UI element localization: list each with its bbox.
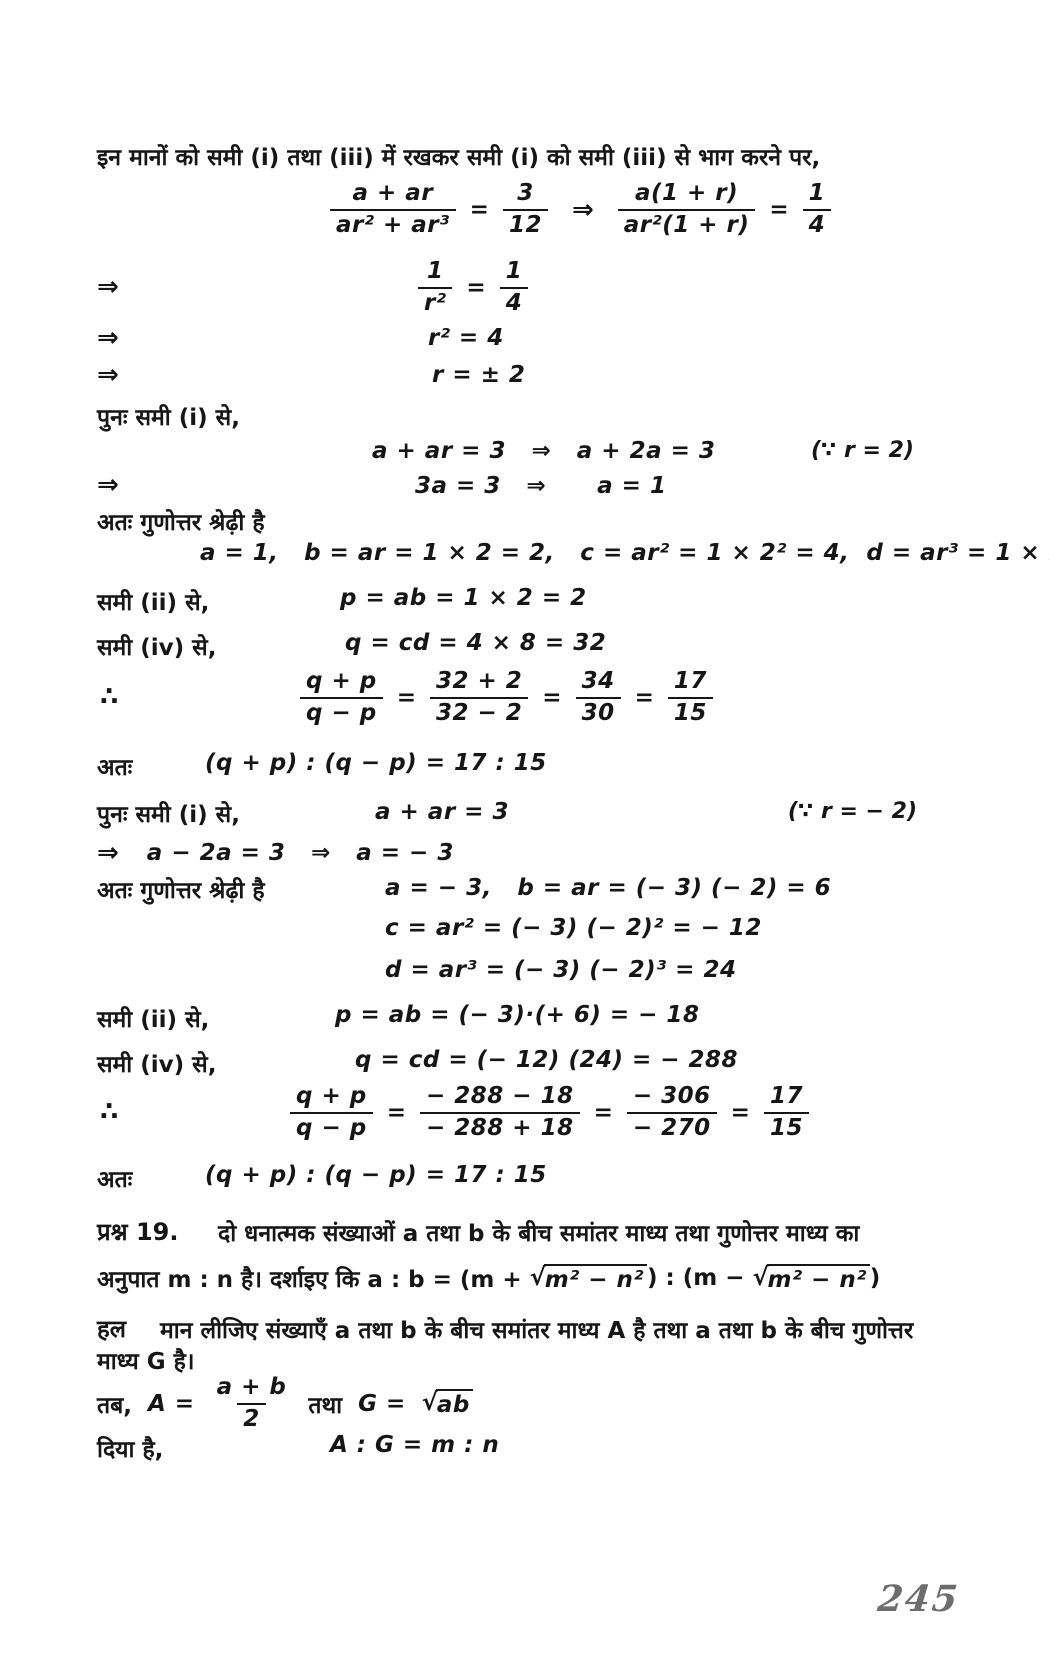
fraction-17-15: 17 15 <box>764 1083 809 1142</box>
equation-a-ar-3: a + ar = 3 ⇒ a + 2a = 3 <box>372 438 715 464</box>
equals-sign: = <box>387 1100 406 1126</box>
therefore-icon: ∴ <box>100 682 118 712</box>
fraction-ab-2: a + b 2 <box>211 1374 293 1433</box>
equation-q-negative: q = cd = (− 12) (24) = − 288 <box>355 1047 738 1073</box>
fraction-a1r: a(1 + r) ar²(1 + r) <box>618 180 756 239</box>
equation-p-negative: p = ab = (− 3)·(+ 6) = − 18 <box>335 1002 699 1028</box>
fraction-32-2: 32 + 2 32 − 2 <box>430 668 528 727</box>
implies-icon: ⇒ <box>97 323 119 353</box>
fraction-1-4: 1 4 <box>803 180 832 239</box>
fraction-qp: q + p q − p <box>290 1083 373 1142</box>
equation-a-ar-3-neg: a + ar = 3 <box>375 799 509 825</box>
equals-sign: = <box>594 1100 613 1126</box>
ratio-result-1: (q + p) : (q − p) = 17 : 15 <box>205 750 547 776</box>
equation-division: a + ar ar² + ar³ = 3 12 ⇒ a(1 + r) ar²(1… <box>330 180 831 239</box>
implies-icon: ⇒ <box>97 272 119 302</box>
question-ratio-line: अनुपात m : n है। दर्शाइए कि a : b = (m +… <box>97 1262 880 1294</box>
label-eq-iv: समी (iv) से, <box>97 630 216 662</box>
implies-icon: ⇒ <box>97 360 119 390</box>
equals-sign: = <box>466 275 485 301</box>
gp-term-c: c = ar² = (− 3) (− 2)² = − 12 <box>385 915 762 941</box>
equals-sign: = <box>635 685 654 711</box>
equation-q-value: q = cd = 4 × 8 = 32 <box>345 630 606 656</box>
radical-m2-n2: √ m² − n² <box>752 1264 869 1293</box>
condition-note-r2: (∵ r = 2) <box>811 438 914 463</box>
equation-a-neg3: a − 2a = 3 ⇒ a = − 3 <box>147 840 454 866</box>
equation-step3: r = ± 2 <box>432 362 525 388</box>
question-text: दो धनात्मक संख्याओं a तथा b के बीच समांत… <box>218 1216 859 1248</box>
gp-terms-positive: a = 1, b = ar = 1 × 2 = 2, c = ar² = 1 ×… <box>200 540 1049 566</box>
means-definition-line: तब, A = a + b 2 तथा G = √ ab <box>97 1374 473 1433</box>
gp-term-d: d = ar³ = (− 3) (− 2)³ = 24 <box>385 957 736 983</box>
equation-step5: ⇒ a − 2a = 3 ⇒ a = − 3 <box>97 838 454 868</box>
then-label: तब, <box>97 1388 132 1420</box>
fraction-3-12: 3 12 <box>503 180 548 239</box>
equation-p-value: p = ab = 1 × 2 = 2 <box>340 585 587 611</box>
label-again-eq-i: पुनः समी (i) से, <box>97 797 240 829</box>
fraction-neg288-18: − 288 − 18 − 288 + 18 <box>420 1083 580 1142</box>
label-again-eq-i: पुनः समी (i) से, <box>97 400 240 432</box>
implies-icon: ⇒ <box>97 838 119 868</box>
solution-label: हल <box>97 1312 126 1345</box>
ratio-fraction-chain-1: q + p q − p = 32 + 2 32 − 2 = 34 30 = 17… <box>300 668 713 727</box>
label-hence-gp: अतः गुणोत्तर श्रेढ़ी है <box>97 873 265 905</box>
therefore-icon: ∴ <box>100 1097 118 1127</box>
question-number: प्रश्न 19. <box>97 1215 179 1248</box>
fraction-qp: q + p q − p <box>300 668 383 727</box>
ratio-fraction-chain-2: q + p q − p = − 288 − 18 − 288 + 18 = − … <box>290 1083 809 1142</box>
label-hence: अतः <box>97 1162 132 1194</box>
condition-note-r-neg2: (∵ r = − 2) <box>788 799 917 824</box>
ratio-statement-mid: ) : (m − <box>647 1265 753 1291</box>
gp-terms-negative-ab: a = − 3, b = ar = (− 3) (− 2) = 6 <box>385 875 831 901</box>
label-eq-iv: समी (iv) से, <box>97 1047 216 1079</box>
ratio-result-2: (q + p) : (q − p) = 17 : 15 <box>205 1162 547 1188</box>
label-hence-gp: अतः गुणोत्तर श्रेढ़ी है <box>97 505 265 537</box>
textbook-page: इन मानों को समी (i) तथा (iii) में रखकर स… <box>0 0 1049 1662</box>
implies-icon: ⇒ <box>572 195 594 225</box>
equation-step1: 1 r² = 1 4 <box>418 258 528 317</box>
equation-3a-3: 3a = 3 ⇒ a = 1 <box>415 473 666 499</box>
equals-sign: = <box>769 197 788 223</box>
given-label: दिया है, <box>97 1432 163 1464</box>
equals-sign: = <box>470 197 489 223</box>
equals-sign: = <box>731 1100 750 1126</box>
fraction-a-ar: a + ar ar² + ar³ <box>330 180 456 239</box>
fraction-34-30: 34 30 <box>576 668 621 727</box>
given-equation: A : G = m : n <box>330 1432 499 1458</box>
equation-step2: r² = 4 <box>428 325 504 351</box>
radical-ab: √ ab <box>422 1389 473 1418</box>
page-number: 245 <box>876 1578 962 1620</box>
radical-m2-n2: √ m² − n² <box>530 1264 647 1293</box>
and-label: तथा <box>308 1388 342 1420</box>
solution-text: मान लीजिए संख्याएँ a तथा b के बीच समांतर… <box>160 1313 913 1345</box>
fraction-neg306-270: − 306 − 270 <box>627 1083 717 1142</box>
equals-sign: = <box>542 685 561 711</box>
ratio-statement-suffix: ) <box>870 1265 881 1291</box>
solution-text-2: माध्य G है। <box>97 1344 195 1376</box>
label-eq-ii: समी (ii) से, <box>97 1002 209 1034</box>
label-eq-ii: समी (ii) से, <box>97 585 209 617</box>
A-equals: A = <box>148 1391 195 1417</box>
implies-icon: ⇒ <box>97 470 119 500</box>
fraction-17-15: 17 15 <box>668 668 713 727</box>
fraction-1-4: 1 4 <box>500 258 529 317</box>
G-equals: G = <box>358 1391 406 1417</box>
label-hence: अतः <box>97 750 132 782</box>
ratio-statement-prefix: अनुपात m : n है। दर्शाइए कि a : b = (m + <box>97 1262 530 1294</box>
equals-sign: = <box>397 685 416 711</box>
fraction-1-r2: 1 r² <box>418 258 452 317</box>
intro-text: इन मानों को समी (i) तथा (iii) में रखकर स… <box>97 140 820 172</box>
